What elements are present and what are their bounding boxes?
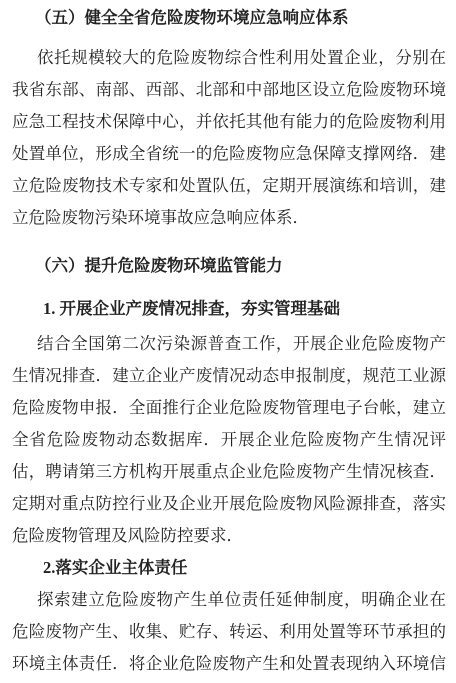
paragraph-line: 危险废物申报．全面推行企业危险废物管理电子台帐，建立 bbox=[12, 392, 446, 424]
paragraph-line: 定期对重点防控行业及企业开展危险废物风险源排查，落实 bbox=[12, 488, 446, 520]
paragraph-line: 依托规模较大的危险废物综合性利用处置企业，分别在 bbox=[12, 42, 446, 74]
paragraph-line: 危险废物管理及风险防控要求． bbox=[12, 520, 446, 552]
paragraph-line: 危险废物产生、收集、贮存、转运、利用处置等环节承担的 bbox=[12, 616, 446, 648]
section-heading: （六）提升危险废物环境监管能力 bbox=[12, 250, 446, 282]
paragraph-line: 全省危险废物动态数据库．开展企业危险废物产生情况评 bbox=[12, 424, 446, 456]
paragraph-line: 立危险废物污染环境事故应急响应体系． bbox=[12, 202, 446, 234]
paragraph-line: 立危险废物技术专家和处置队伍，定期开展演练和培训，建 bbox=[12, 170, 446, 202]
paragraph-line: 处置单位，形成全省统一的危险废物应急保障支撑网络．建 bbox=[12, 138, 446, 170]
paragraph-line: 估，聘请第三方机构开展重点企业危险废物产生情况核查． bbox=[12, 456, 446, 488]
paragraph-line: 结合全国第二次污染源普查工作，开展企业危险废物产 bbox=[12, 328, 446, 360]
paragraph-line: 环境主体责任．将企业危险废物产生和处置表现纳入环境信 bbox=[12, 648, 446, 680]
subsection-heading: 1. 开展企业产废情况排查，夯实管理基础 bbox=[12, 293, 446, 325]
paragraph-line: 探索建立危险废物产生单位责任延伸制度，明确企业在 bbox=[12, 584, 446, 616]
paragraph-line: 生情况排查．建立企业产废情况动态申报制度，规范工业源 bbox=[12, 360, 446, 392]
subsection-heading: 2.落实企业主体责任 bbox=[12, 552, 446, 584]
paragraph-line: 应急工程技术保障中心，并依托其他有能力的危险废物利用 bbox=[12, 106, 446, 138]
section-heading: （五）健全全省危险废物环境应急响应体系 bbox=[12, 2, 446, 34]
paragraph-line: 我省东部、南部、西部、北部和中部地区设立危险废物环境 bbox=[12, 74, 446, 106]
document-page: （五）健全全省危险废物环境应急响应体系 依托规模较大的危险废物综合性利用处置企业… bbox=[0, 0, 456, 683]
